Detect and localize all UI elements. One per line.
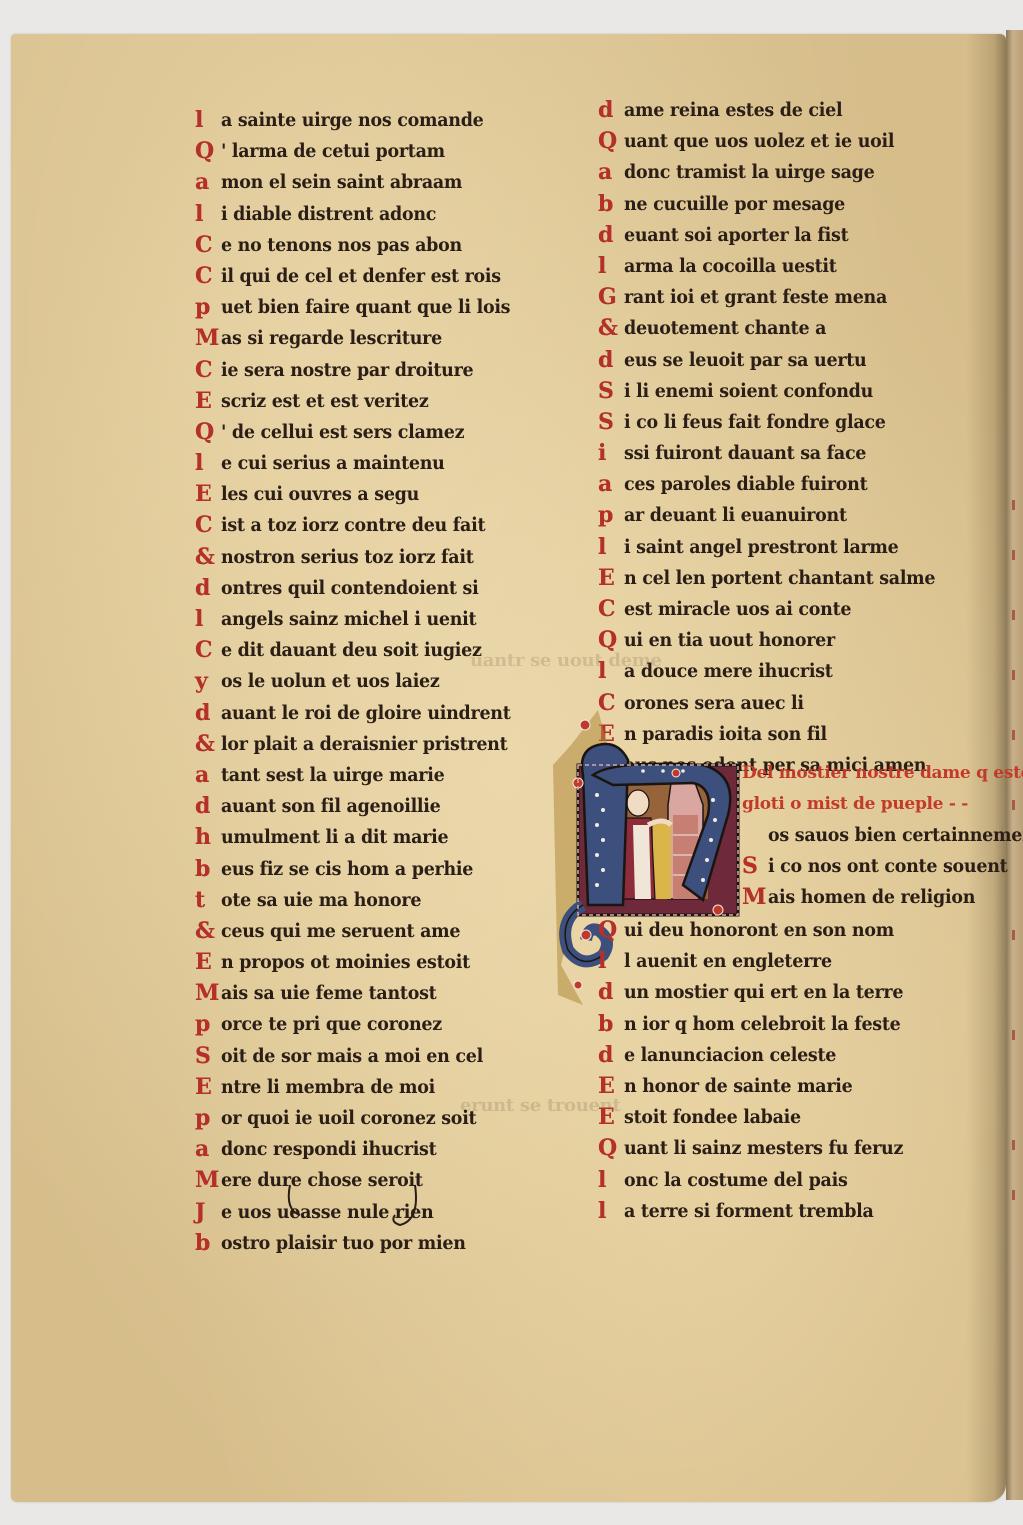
verse-text: donc tramist la uirge sage (624, 157, 874, 188)
verse-line: &deuotement chante a (598, 313, 983, 344)
rubric-line: Del mostier nostre dame q estoit (742, 758, 1023, 789)
verse-line: adonc respondi ihucrist (195, 1134, 555, 1165)
verse-line: bne cucuille por mesage (598, 189, 983, 220)
verse-text: n honor de sainte marie (624, 1071, 853, 1102)
rubricated-initial: E (195, 479, 221, 510)
initial-letter: a (598, 159, 612, 185)
rubricated-initial: M (195, 978, 221, 1009)
verse-line: le cui serius a maintenu (195, 448, 555, 479)
rubricated-initial: & (195, 729, 221, 760)
verse-text: les cui ouvres a segu (221, 479, 419, 510)
rubricated-initial: d (598, 977, 624, 1008)
verse-line: langels sainz michel i uenit (195, 604, 555, 635)
rubricated-initial: G (598, 282, 624, 313)
rubricated-initial: l (195, 105, 221, 136)
rubricated-initial: & (598, 313, 624, 344)
initial-letter: M (195, 980, 219, 1006)
initial-letter: l (195, 606, 203, 632)
descender-flourish-icon (280, 1180, 440, 1230)
initial-letter: b (195, 1230, 210, 1256)
rubricated-initial: Q (195, 417, 221, 448)
verse-text: onc la costume del pais (624, 1165, 848, 1196)
verse-line: dauant le roi de gloire uindrent (195, 698, 555, 729)
rubricated-initial: a (195, 760, 221, 791)
initial-letter: & (195, 918, 215, 944)
initial-letter: t (195, 887, 205, 913)
initial-letter: M (742, 884, 766, 910)
initial-letter: l (195, 107, 203, 133)
initial-letter: C (598, 596, 616, 622)
rubricated-initial: a (195, 1134, 221, 1165)
verse-text: e lanunciacion celeste (624, 1040, 836, 1071)
verse-line: Qui deu honoront en son nom (598, 915, 927, 946)
rubricated-initial: S (195, 1041, 221, 1072)
rubricated-initial: d (195, 791, 221, 822)
initial-letter: d (195, 575, 210, 601)
rubricated-initial: & (195, 916, 221, 947)
verse-line: adonc tramist la uirge sage (598, 157, 983, 188)
rubricated-initial: p (195, 1103, 221, 1134)
verse-line: &ceus qui me seruent ame (195, 916, 555, 947)
rubricated-initial: d (598, 345, 624, 376)
rubricated-initial: S (742, 851, 768, 882)
initial-letter: p (195, 1105, 210, 1131)
verse-text: ceus qui me seruent ame (221, 916, 460, 947)
verse-line: Estoit fondee labaie (598, 1102, 927, 1133)
initial-letter: M (195, 325, 219, 351)
rubricated-initial: p (195, 1009, 221, 1040)
verse-text: os sauos bien certainnement (768, 820, 1023, 851)
initial-letter: d (598, 347, 613, 373)
verse-text: umulment li a dit marie (221, 822, 448, 853)
verse-text: deuotement chante a (624, 313, 826, 344)
rubricated-initial: Q (598, 1133, 624, 1164)
rubricated-initial: b (195, 1228, 221, 1259)
rubricated-initial: d (598, 95, 624, 126)
verse-text: ui deu honoront en son nom (624, 915, 894, 946)
verse-text: nostron serius toz iorz fait (221, 542, 473, 573)
initial-letter: Q (195, 138, 214, 164)
verse-text: oit de sor mais a moi en cel (221, 1041, 483, 1072)
verse-line: Cist a toz iorz contre deu fait (195, 510, 555, 541)
rubricated-initial: Q (598, 126, 624, 157)
rubricated-initial: l (598, 656, 624, 687)
verse-line: Qui en tia uout honorer (598, 625, 983, 656)
verse-text: ie sera nostre par droiture (221, 355, 473, 386)
verse-text: uant li sainz mesters fu feruz (624, 1133, 903, 1164)
verse-text: uant que uos uolez et ie uoil (624, 126, 894, 157)
initial-letter: Q (598, 917, 617, 943)
verse-line: li saint angel prestront larme (598, 532, 983, 563)
initial-letter: C (195, 263, 213, 289)
initial-letter: l (598, 1198, 606, 1224)
initial-letter: h (195, 824, 211, 850)
verse-line: dontres quil contendoient si (195, 573, 555, 604)
initial-letter: C (195, 512, 213, 538)
initial-letter: d (598, 222, 613, 248)
verse-line: atant sest la uirge marie (195, 760, 555, 791)
rubricated-initial: E (195, 1072, 221, 1103)
initial-letter: a (195, 1136, 209, 1162)
verse-text: eus fiz se cis hom a perhie (221, 854, 473, 885)
verse-text: ne cucuille por mesage (624, 189, 845, 220)
verse-text: e cui serius a maintenu (221, 448, 445, 479)
initial-letter: E (598, 1104, 615, 1130)
verse-line: beus fiz se cis hom a perhie (195, 854, 555, 885)
rubricated-initial: a (195, 167, 221, 198)
verse-text: euant soi aporter la fist (624, 220, 848, 251)
rubricated-initial: M (195, 1165, 221, 1196)
lines-beside-initial: os sauos bien certainnementSi co nos ont… (742, 820, 1023, 914)
rubricated-initial: l (598, 1196, 624, 1227)
verse-text: ar deuant li euanuiront (624, 500, 847, 531)
verse-line: Si co li feus fait fondre glace (598, 407, 983, 438)
verse-text: lor plait a deraisnier pristrent (221, 729, 507, 760)
rubric-line: gloti o mist de pueple - - (742, 789, 1023, 820)
verse-text: donc respondi ihucrist (221, 1134, 436, 1165)
verse-text: ais homen de religion (768, 882, 975, 913)
verse-line: la douce mere ihucrist (598, 656, 983, 687)
initial-letter: E (598, 1073, 615, 1099)
verse-line: Mas si regarde lescriture (195, 323, 555, 354)
verse-line: deus se leuoit par sa uertu (598, 345, 983, 376)
verse-line: Grant ioi et grant feste mena (598, 282, 983, 313)
rubricated-initial: l (598, 532, 624, 563)
rubricated-initial: C (195, 635, 221, 666)
verse-text: a sainte uirge nos comande (221, 105, 484, 136)
rubricated-initial: d (598, 220, 624, 251)
rubricated-initial: t (195, 885, 221, 916)
verse-text: ostro plaisir tuo por mien (221, 1228, 466, 1259)
rubricated-initial: b (598, 1009, 624, 1040)
verse-text: i diable distrent adonc (221, 199, 436, 230)
rubricated-initial: S (598, 407, 624, 438)
rubricated-initial: p (598, 500, 624, 531)
initial-letter: d (598, 1042, 613, 1068)
verse-text: orce te pri que coronez (221, 1009, 442, 1040)
initial-letter: E (598, 565, 615, 591)
verse-line: la terre si forment trembla (598, 1196, 927, 1227)
verse-line: de lanunciacion celeste (598, 1040, 927, 1071)
verse-text: stoit fondee labaie (624, 1102, 801, 1133)
verse-line: la sainte uirge nos comande (195, 105, 555, 136)
rubricated-initial: E (598, 563, 624, 594)
initial-letter: l (598, 1167, 606, 1193)
verse-line: Eles cui ouvres a segu (195, 479, 555, 510)
verse-line: Ce no tenons nos pas abon (195, 230, 555, 261)
rubricated-initial: C (195, 355, 221, 386)
verse-line: li diable distrent adonc (195, 199, 555, 230)
initial-letter: Q (598, 627, 617, 653)
rubricated-initial: C (598, 594, 624, 625)
initial-letter: d (598, 979, 613, 1005)
verse-text: ntre li membra de moi (221, 1072, 435, 1103)
verse-line: Ce dit dauant deu soit iugiez (195, 635, 555, 666)
initial-letter: d (598, 97, 613, 123)
verse-text: os le uolun et uos laiez (221, 666, 440, 697)
initial-letter: G (598, 284, 617, 310)
verse-line: deuant soi aporter la fist (598, 220, 983, 251)
rubricated-initial: l (195, 448, 221, 479)
initial-letter: J (195, 1199, 205, 1225)
rubricated-initial: C (195, 230, 221, 261)
initial-letter: l (195, 201, 203, 227)
verse-text: l auenit en engleterre (624, 946, 832, 977)
verse-text: est miracle uos ai conte (624, 594, 851, 625)
initial-letter: E (195, 481, 212, 507)
right-column-bottom: Qui deu honoront en son nomll auenit en … (598, 915, 927, 1227)
verse-line: En propos ot moinies estoit (195, 947, 555, 978)
rubricated-initial: a (598, 157, 624, 188)
rubricated-initial: Q (195, 136, 221, 167)
initial-letter: & (195, 731, 215, 757)
initial-letter: a (598, 471, 612, 497)
initial-letter: b (195, 856, 210, 882)
verse-line: Soit de sor mais a moi en cel (195, 1041, 555, 1072)
rubricated-initial: a (598, 469, 624, 500)
verse-text: n cel len portent chantant salme (624, 563, 935, 594)
verse-text: il qui de cel et denfer est rois (221, 261, 501, 292)
verse-line: os sauos bien certainnement (742, 820, 1023, 851)
verse-text: arma la cocoilla uestit (624, 251, 837, 282)
rubricated-initial: E (195, 947, 221, 978)
verse-line: Si li enemi soient confondu (598, 376, 983, 407)
initial-letter: b (598, 1011, 613, 1037)
rubricated-initial: C (195, 261, 221, 292)
verse-line: puet bien faire quant que li lois (195, 292, 555, 323)
initial-letter: d (195, 793, 210, 819)
initial-letter: p (598, 502, 613, 528)
initial-letter: i (598, 440, 606, 466)
initial-letter: Q (598, 1135, 617, 1161)
rubricated-initial: M (742, 882, 768, 913)
verse-text: ces paroles diable fuiront (624, 469, 867, 500)
rubricated-initial: C (195, 510, 221, 541)
initial-letter: S (598, 378, 614, 404)
initial-letter: y (195, 668, 208, 694)
verse-text: or quoi ie uoil coronez soit (221, 1103, 476, 1134)
verse-text: e no tenons nos pas abon (221, 230, 462, 261)
rubricated-initial: h (195, 822, 221, 853)
verse-line: ll auenit en engleterre (598, 946, 927, 977)
rubricated-initial: d (195, 698, 221, 729)
verse-line: Q' de cellui est sers clamez (195, 417, 555, 448)
rubricated-initial: y (195, 666, 221, 697)
verse-line: larma la cocoilla uestit (598, 251, 983, 282)
verse-text: ame reina estes de ciel (624, 95, 842, 126)
verse-line: bn ior q hom celebroit la feste (598, 1009, 927, 1040)
verse-line: En cel len portent chantant salme (598, 563, 983, 594)
verse-line: tote sa uie ma honore (195, 885, 555, 916)
verse-line: Mais homen de religion (742, 882, 1023, 913)
verse-line: porce te pri que coronez (195, 1009, 555, 1040)
verse-line: lonc la costume del pais (598, 1165, 927, 1196)
verse-line: Si co nos ont conte souent (742, 851, 1023, 882)
initial-letter: C (195, 232, 213, 258)
initial-letter: l (195, 450, 203, 476)
rubricated-initial: l (598, 1165, 624, 1196)
verse-line: Cil qui de cel et denfer est rois (195, 261, 555, 292)
rubricated-initial: S (598, 376, 624, 407)
initial-letter: p (195, 294, 210, 320)
rubricated-initial: d (195, 573, 221, 604)
initial-letter: M (195, 1167, 219, 1193)
initial-letter: a (195, 762, 209, 788)
initial-letter: Q (195, 419, 214, 445)
verse-text: ' larma de cetui portam (221, 136, 445, 167)
verse-text: tant sest la uirge marie (221, 760, 444, 791)
verse-line: En honor de sainte marie (598, 1071, 927, 1102)
verse-line: par deuant li euanuiront (598, 500, 983, 531)
right-column-top: dame reina estes de cielQuant que uos uo… (598, 95, 983, 781)
initial-letter: S (598, 409, 614, 435)
verse-text: rant ioi et grant feste mena (624, 282, 887, 313)
verse-line: por quoi ie uoil coronez soit (195, 1103, 555, 1134)
rubricated-initial: p (195, 292, 221, 323)
verse-line: Escriz est et est veritez (195, 386, 555, 417)
initial-letter: b (598, 191, 613, 217)
verse-text: mon el sein saint abraam (221, 167, 462, 198)
rubricated-initial: b (195, 854, 221, 885)
rubricated-initial: l (195, 199, 221, 230)
verse-line: issi fuiront dauant sa face (598, 438, 983, 469)
verse-line: Mais sa uie feme tantost (195, 978, 555, 1009)
rubricated-initial: E (195, 386, 221, 417)
verse-text: eus se leuoit par sa uertu (624, 345, 866, 376)
verse-text: n propos ot moinies estoit (221, 947, 470, 978)
initial-letter: l (598, 253, 606, 279)
initial-letter: & (195, 544, 215, 570)
verse-line: dame reina estes de ciel (598, 95, 983, 126)
rubricated-initial: Q (598, 915, 624, 946)
rubricated-initial: b (598, 189, 624, 220)
verse-line: Entre li membra de moi (195, 1072, 555, 1103)
verse-text: i li enemi soient confondu (624, 376, 873, 407)
initial-letter: E (195, 1074, 212, 1100)
verse-line: &lor plait a deraisnier pristrent (195, 729, 555, 760)
rubricated-initial: l (195, 604, 221, 635)
rubricated-initial: l (598, 946, 624, 977)
verse-text: uet bien faire quant que li lois (221, 292, 510, 323)
initial-letter: C (195, 357, 213, 383)
verse-text: un mostier qui ert en la terre (624, 977, 903, 1008)
rubricated-initial: J (195, 1197, 221, 1228)
left-column: la sainte uirge nos comandeQ' larma de c… (195, 105, 555, 1259)
verse-text: i co li feus fait fondre glace (624, 407, 886, 438)
initial-letter: C (195, 637, 213, 663)
rubricated-initial: i (598, 438, 624, 469)
rubricated-initial: M (195, 323, 221, 354)
verse-line: humulment li a dit marie (195, 822, 555, 853)
verse-line: Quant que uos uolez et ie uoil (598, 126, 983, 157)
verse-text: ist a toz iorz contre deu fait (221, 510, 485, 541)
verse-line: bostro plaisir tuo por mien (195, 1228, 555, 1259)
rubricated-initial: E (598, 1102, 624, 1133)
initial-letter: l (598, 658, 606, 684)
initial-letter: d (195, 700, 210, 726)
initial-letter: & (598, 315, 618, 341)
verse-text: e dit dauant deu soit iugiez (221, 635, 482, 666)
initial-letter: E (195, 949, 212, 975)
verse-line: Cie sera nostre par droiture (195, 355, 555, 386)
initial-letter: E (195, 388, 212, 414)
rubricated-initial: l (598, 251, 624, 282)
verse-text: ssi fuiront dauant sa face (624, 438, 866, 469)
initial-letter: Q (598, 128, 617, 154)
verse-line: &nostron serius toz iorz fait (195, 542, 555, 573)
rubricated-initial: & (195, 542, 221, 573)
verse-text: ais sa uie feme tantost (221, 978, 436, 1009)
rubricated-initial: Q (598, 625, 624, 656)
verse-line: amon el sein saint abraam (195, 167, 555, 198)
initial-letter: a (195, 169, 209, 195)
verse-text: a douce mere ihucrist (624, 656, 833, 687)
rubricated-initial: E (598, 1071, 624, 1102)
verse-text: auant son fil agenoillie (221, 791, 441, 822)
initial-letter: p (195, 1011, 210, 1037)
verse-text: scriz est et est veritez (221, 386, 429, 417)
verse-text: ui en tia uout honorer (624, 625, 835, 656)
verse-text: as si regarde lescriture (221, 323, 442, 354)
initial-letter: S (742, 853, 758, 879)
verse-text: a terre si forment trembla (624, 1196, 874, 1227)
verse-text: ote sa uie ma honore (221, 885, 421, 916)
verse-line: aces paroles diable fuiront (598, 469, 983, 500)
verse-line: Q' larma de cetui portam (195, 136, 555, 167)
verse-line: dauant son fil agenoillie (195, 791, 555, 822)
verse-line: Quant li sainz mesters fu feruz (598, 1133, 927, 1164)
verse-text: auant le roi de gloire uindrent (221, 698, 511, 729)
verse-text: i saint angel prestront larme (624, 532, 899, 563)
rubric-heading: Del mostier nostre dame q estoit gloti o… (742, 758, 1023, 820)
verse-text: ' de cellui est sers clamez (221, 417, 464, 448)
verse-line: yos le uolun et uos laiez (195, 666, 555, 697)
verse-line: Cest miracle uos ai conte (598, 594, 983, 625)
initial-letter: l (598, 948, 606, 974)
verse-text: ontres quil contendoient si (221, 573, 478, 604)
verse-text: angels sainz michel i uenit (221, 604, 476, 635)
initial-letter: l (598, 534, 606, 560)
initial-letter: S (195, 1043, 211, 1069)
verse-text: i co nos ont conte souent (768, 851, 1007, 882)
rubricated-initial: d (598, 1040, 624, 1071)
verse-text: n ior q hom celebroit la feste (624, 1009, 901, 1040)
verse-line: dun mostier qui ert en la terre (598, 977, 927, 1008)
